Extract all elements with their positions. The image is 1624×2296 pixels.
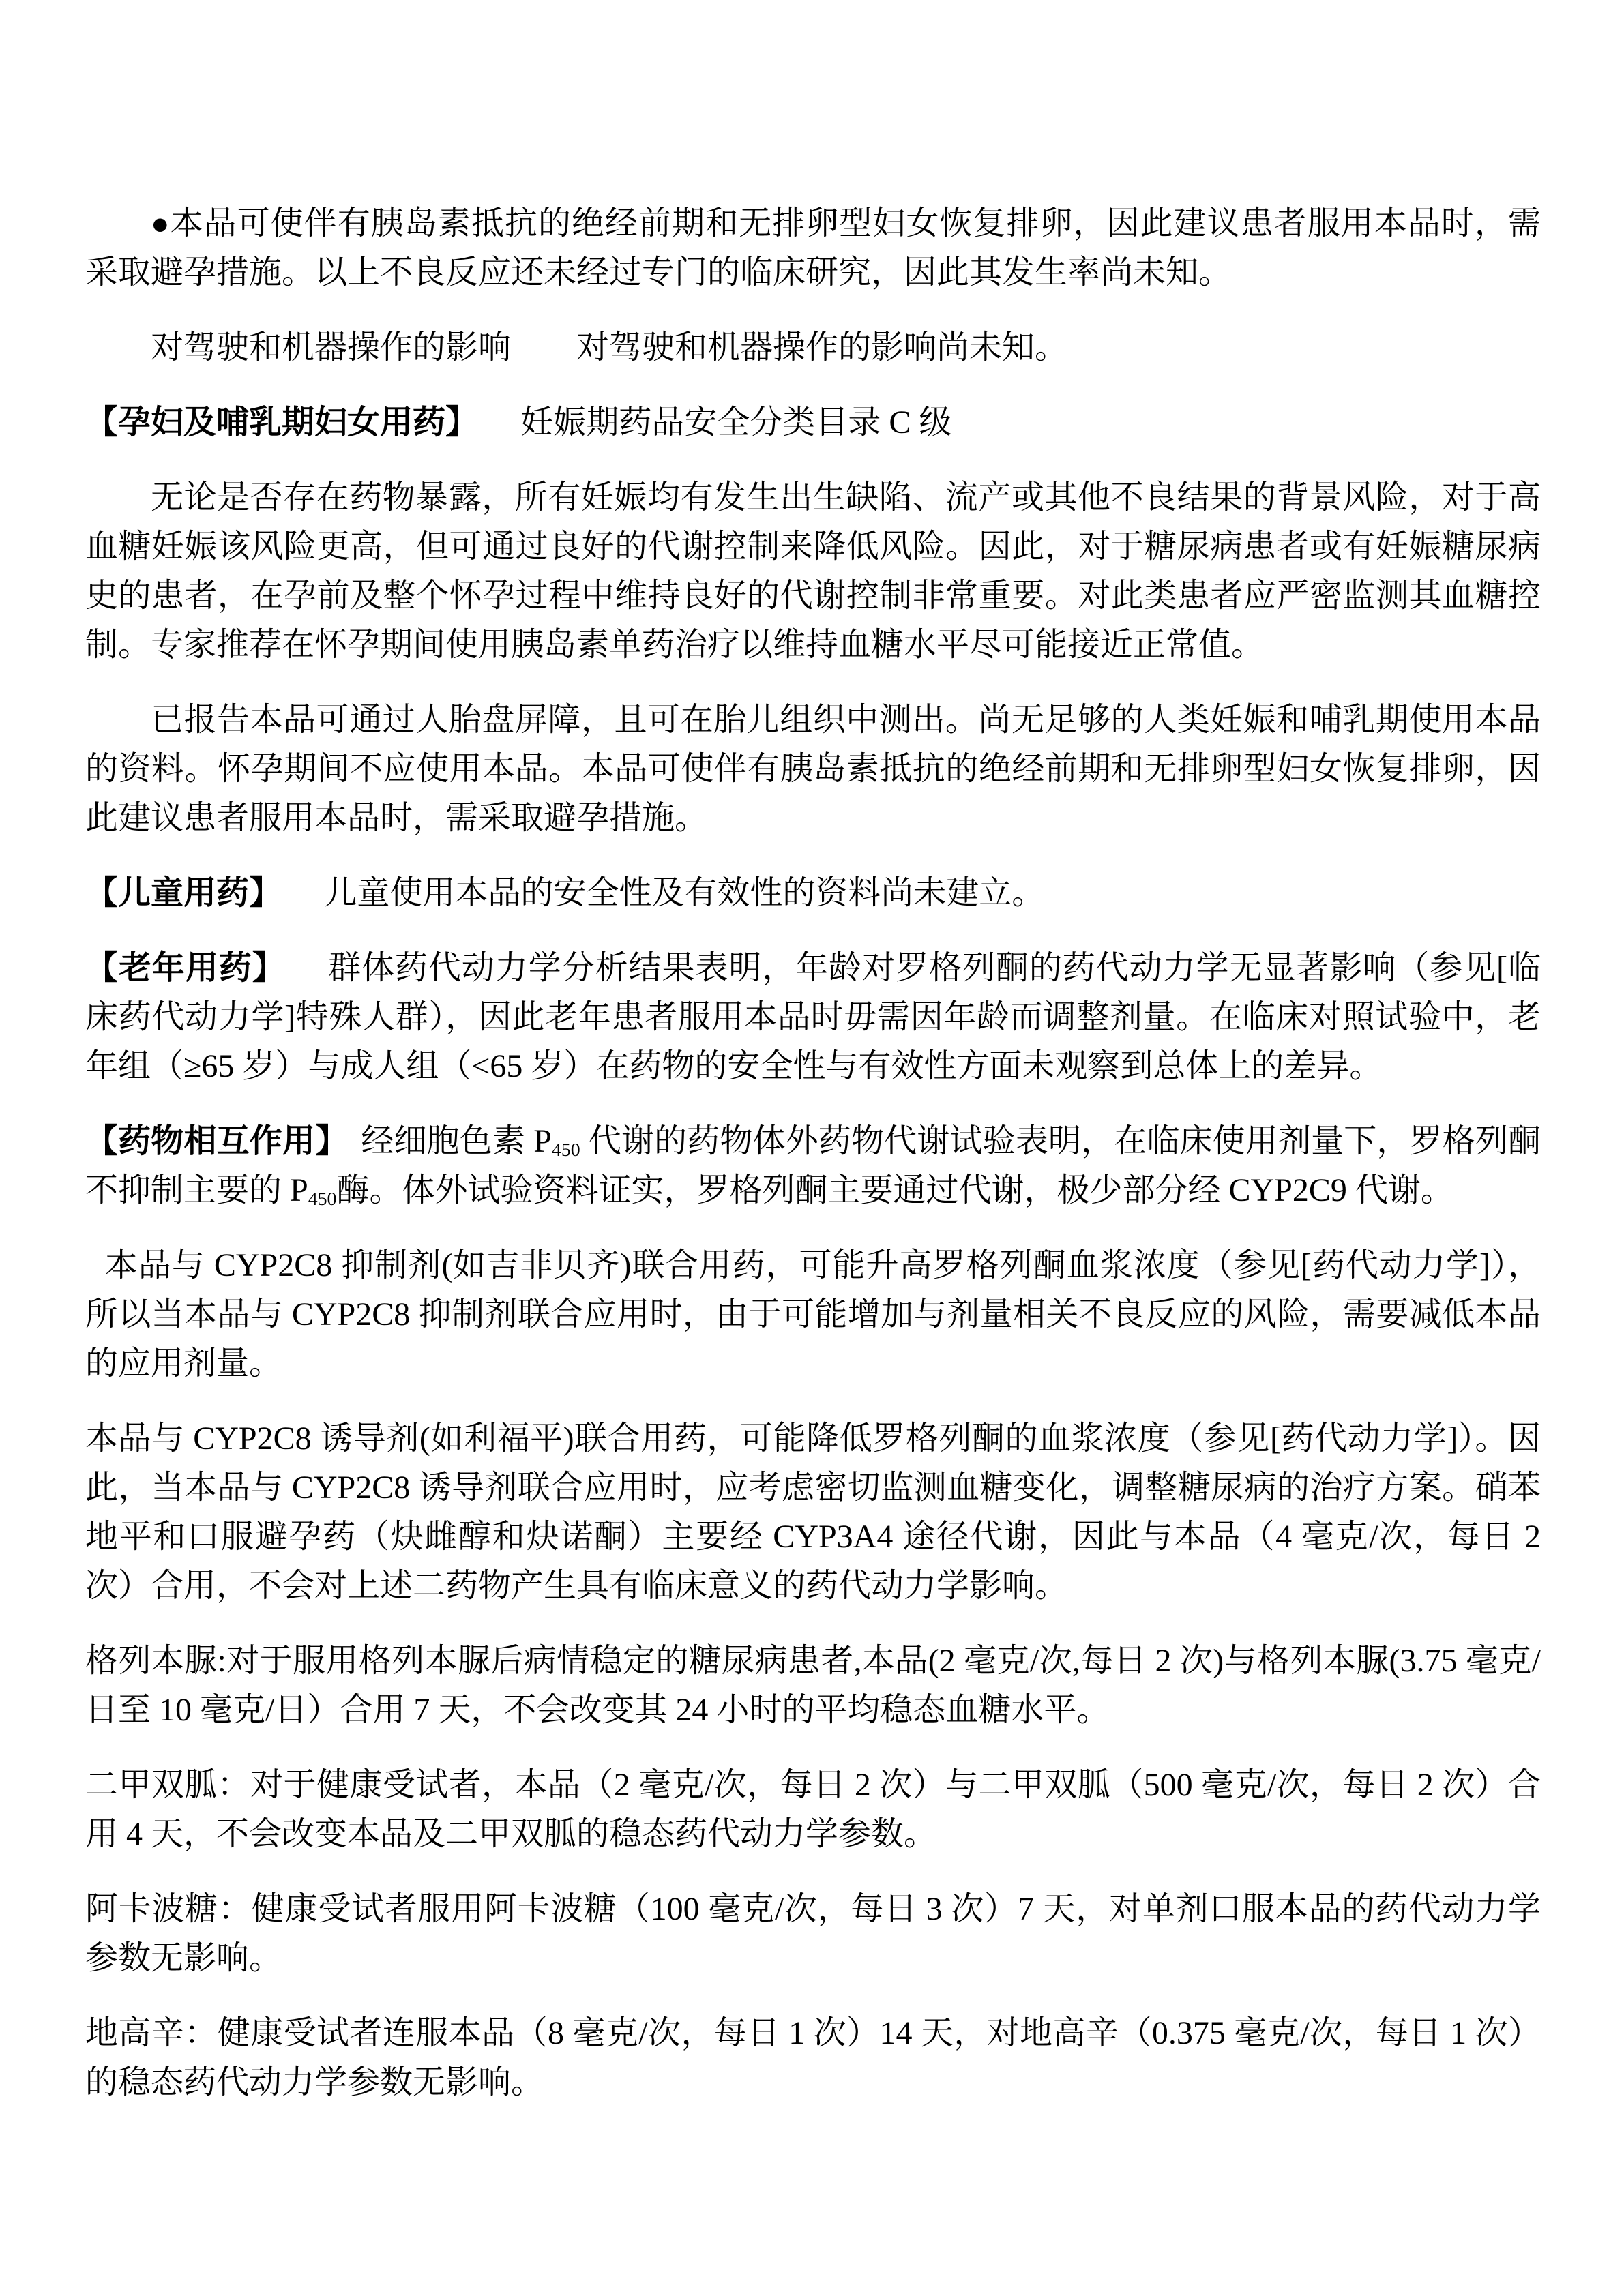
paragraph-driving-effects: 对驾驶和机器操作的影响对驾驶和机器操作的影响尚未知。 <box>85 323 1541 372</box>
pregnancy-grade-text: 妊娠期药品安全分类目录 C 级 <box>520 404 951 441</box>
pediatric-section-header: 【儿童用药】 <box>85 875 282 911</box>
cyp2c8-inducer-paragraph: 本品与 CYP2C8 诱导剂(如利福平)联合用药，可能降低罗格列酮的血浆浓度（参… <box>85 1414 1541 1611</box>
pediatric-text: 儿童使用本品的安全性及有效性的资料尚未建立。 <box>324 875 1044 911</box>
interactions-section-header: 【药物相互作用】 <box>85 1123 348 1159</box>
section-geriatric-use: 【老年用药】群体药代动力学分析结果表明，年龄对罗格列酮的药代动力学无显著影响（参… <box>85 944 1541 1091</box>
pregnancy-section-header: 【孕妇及哺乳期妇女用药】 <box>85 404 478 441</box>
driving-effects-text: 对驾驶和机器操作的影响尚未知。 <box>576 329 1067 366</box>
interactions-text-part3: 酶。体外试验资料证实，罗格列酮主要通过代谢，极少部分经 CYP2C9 代谢。 <box>336 1172 1453 1208</box>
pregnancy-paragraph-2: 已报告本品可通过人胎盘屏障，且可在胎儿组织中测出。尚无足够的人类妊娠和哺乳期使用… <box>85 696 1541 843</box>
section-drug-interactions: 【药物相互作用】经细胞色素 P450 代谢的药物体外药物代谢试验表明，在临床使用… <box>85 1117 1541 1215</box>
cyp2c8-inhibitor-paragraph: 本品与 CYP2C8 抑制剂(如吉非贝齐)联合用药，可能升高罗格列酮血浆浓度（参… <box>85 1241 1541 1388</box>
section-pregnancy-lactation: 【孕妇及哺乳期妇女用药】妊娠期药品安全分类目录 C 级 <box>85 398 1541 447</box>
geriatric-section-header: 【老年用药】 <box>85 950 286 986</box>
paragraph-precaution-bullet: ●本品可使伴有胰岛素抵抗的绝经前期和无排卵型妇女恢复排卵，因此建议患者服用本品时… <box>85 199 1541 297</box>
acarbose-interaction-paragraph: 阿卡波糖：健康受试者服用阿卡波糖（100 毫克/次，每日 3 次）7 天，对单剂… <box>85 1885 1541 1983</box>
metformin-interaction-paragraph: 二甲双胍：对于健康受试者，本品（2 毫克/次，每日 2 次）与二甲双胍（500 … <box>85 1761 1541 1859</box>
driving-effects-label: 对驾驶和机器操作的影响 <box>151 329 511 366</box>
p450-subscript: 450 <box>552 1139 580 1161</box>
digoxin-interaction-paragraph: 地高辛：健康受试者连服本品（8 毫克/次，每日 1 次）14 天，对地高辛（0.… <box>85 2009 1541 2107</box>
glibenclamide-interaction-paragraph: 格列本脲:对于服用格列本脲后病情稳定的糖尿病患者,本品(2 毫克/次,每日 2 … <box>85 1637 1541 1735</box>
geriatric-text: 群体药代动力学分析结果表明，年龄对罗格列酮的药代动力学无显著影响（参见[临床药代… <box>85 950 1541 1084</box>
p450-subscript: 450 <box>308 1189 337 1210</box>
interactions-text-part1: 经细胞色素 P <box>361 1123 552 1159</box>
drug-insert-page: ●本品可使伴有胰岛素抵抗的绝经前期和无排卵型妇女恢复排卵，因此建议患者服用本品时… <box>0 0 1624 2296</box>
bullet-icon: ● <box>151 206 171 241</box>
section-pediatric-use: 【儿童用药】儿童使用本品的安全性及有效性的资料尚未建立。 <box>85 869 1541 918</box>
precaution-text: 本品可使伴有胰岛素抵抗的绝经前期和无排卵型妇女恢复排卵，因此建议患者服用本品时，… <box>85 205 1541 290</box>
pregnancy-paragraph-1: 无论是否存在药物暴露，所有妊娠均有发生出生缺陷、流产或其他不良结果的背景风险，对… <box>85 473 1541 670</box>
